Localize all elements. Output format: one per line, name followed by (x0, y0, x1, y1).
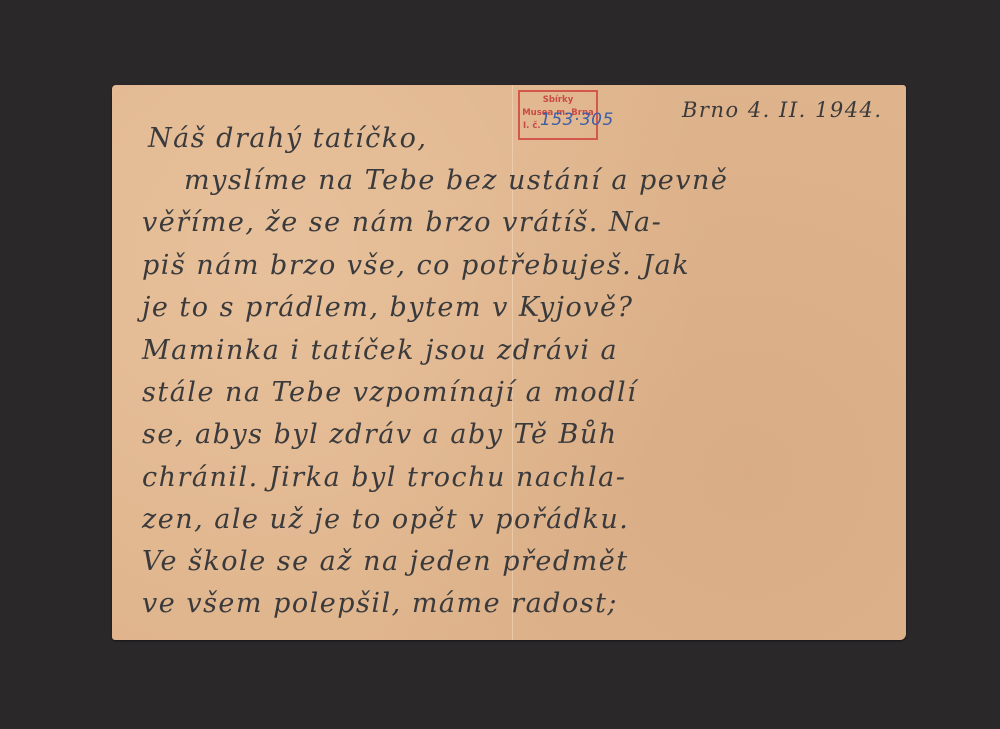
museum-stamp: Sbírky Musea m. Brna I. č. 153·305 (518, 90, 598, 140)
letter-line: stále na Tebe vzpomínají a modlí (142, 377, 637, 408)
letter-line: piš nám brzo vše, co potřebuješ. Jak (142, 250, 690, 281)
letter-line: chránil. Jirka byl trochu nachla- (142, 462, 626, 493)
letter-line: Maminka i tatíček jsou zdrávi a (142, 335, 618, 366)
letter-line: myslíme na Tebe bez ustání a pevně (184, 165, 728, 196)
letter-line: zen, ale už je to opět v pořádku. (142, 504, 629, 535)
letter-line: Ve škole se až na jeden předmět (142, 546, 629, 577)
postcard: Sbírky Musea m. Brna I. č. 153·305 Brno … (112, 85, 906, 640)
stamp-line-3: I. č. 153·305 (520, 120, 596, 133)
letter-line: je to s prádlem, bytem v Kyjově? (142, 292, 633, 323)
letter-line: se, abys byl zdráv a aby Tě Bůh (142, 419, 618, 450)
letter-line: věříme, že se nám brzo vrátíš. Na- (142, 207, 662, 238)
inventory-number: 153·305 (540, 114, 614, 127)
salutation: Náš drahý tatíčko, (148, 123, 427, 154)
letter-line: ve všem polepšil, máme radost; (142, 588, 618, 619)
stamp-line-1: Sbírky (520, 94, 596, 107)
stamp-prefix: I. č. (523, 121, 541, 131)
date-line: Brno 4. II. 1944. (682, 98, 883, 122)
